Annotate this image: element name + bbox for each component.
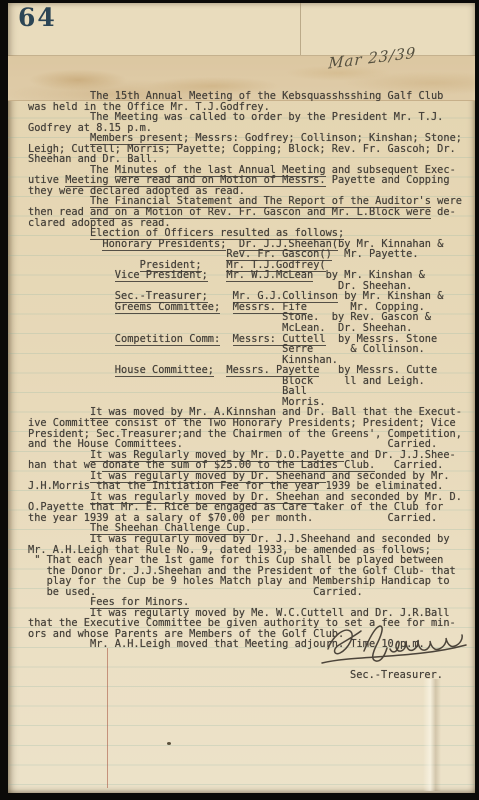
ledger-page: 64 Mar 23/39 The 15th Annual Meeting of … bbox=[8, 3, 475, 793]
signature-script-icon bbox=[314, 615, 474, 677]
vertical-fold-line bbox=[300, 3, 301, 55]
bottom-right-fold bbox=[423, 679, 441, 791]
text-segment: Mr. Payette. bbox=[332, 248, 419, 260]
minutes-typed-text: The 15th Annual Meeting of the Kebsquass… bbox=[28, 91, 473, 650]
text-segment: Payette and Copping bbox=[326, 174, 450, 186]
scan-backdrop: { "page": { "number": "64", "date_note":… bbox=[0, 0, 479, 800]
ink-speck bbox=[167, 742, 171, 745]
signature-block bbox=[314, 615, 474, 677]
signature-title: Sec.-Treasurer. bbox=[350, 669, 443, 681]
text-segment: de- bbox=[431, 206, 456, 218]
red-margin-line bbox=[107, 648, 108, 788]
page-number: 64 bbox=[18, 3, 57, 32]
